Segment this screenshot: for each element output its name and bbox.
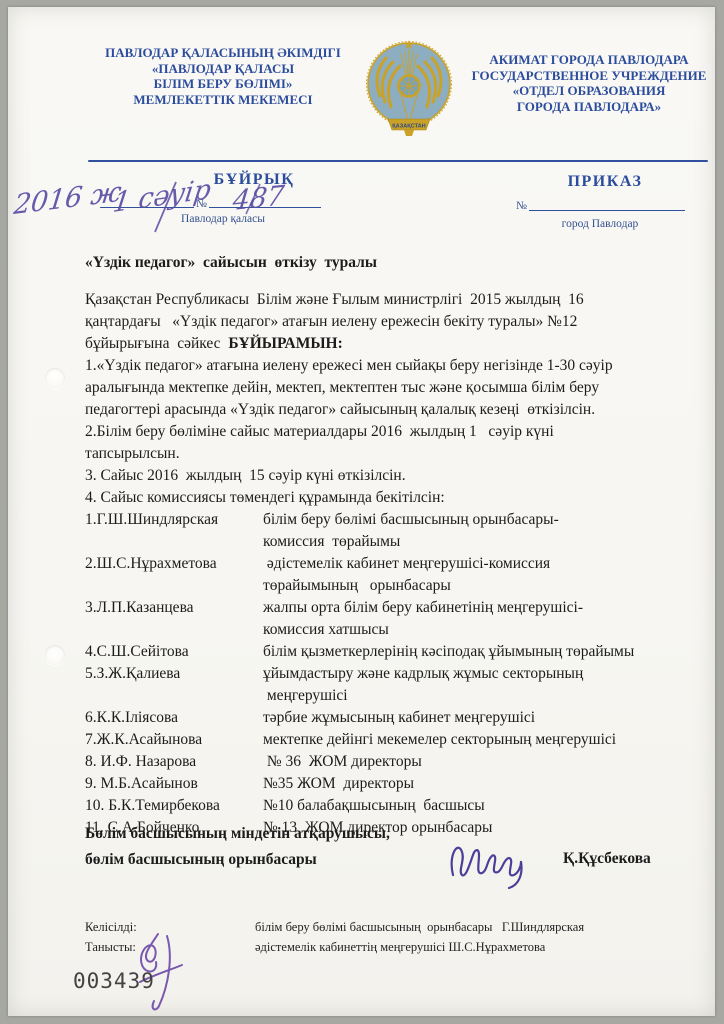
signature-handwriting (445, 833, 549, 895)
member-duty: № 36 ЖОМ директоры (263, 751, 422, 773)
commission-row: 3.Л.П.Казанцева жалпы орта білім беру ка… (85, 597, 651, 641)
member-name: 1.Г.Ш.Шиндлярская (85, 509, 263, 553)
body-line: Қазақстан Республикасы Білім және Ғылым … (85, 289, 651, 311)
member-duty-line: меңгерушісі (263, 685, 583, 707)
member-name: 5.З.Ж.Қалиева (85, 663, 263, 707)
body-line: бұйырығына сәйкес БҰЙЫРАМЫН: (85, 333, 651, 355)
commission-row: 8. И.Ф. Назарова № 36 ЖОМ директоры (85, 751, 651, 773)
member-duty-line: жалпы орта білім беру кабинетінің меңгер… (263, 597, 583, 619)
order-body: «Үздік педагог» сайысын өткізу туралы Қа… (85, 254, 651, 839)
member-duty-line: №35 ЖОМ директоры (263, 773, 414, 795)
org-line: БІЛІМ БЕРУ БӨЛІМІ» (75, 76, 371, 92)
member-duty-line: №10 балабақшысының басшысы (263, 795, 485, 817)
handwritten-date-and-number: 2016 ж 1 сәуір 487 (8, 170, 338, 240)
scanned-order-document: ПАВЛОДАР ҚАЛАСЫНЫҢ ӘКІМДІГІ «ПАВЛОДАР ҚА… (0, 0, 724, 1024)
place-label-ru: город Павлодар (520, 218, 680, 230)
order-title-ru: ПРИКАЗ (515, 173, 695, 191)
member-name: 7.Ж.К.Асайынова (85, 729, 263, 751)
member-duty: мектепке дейінгі мекемелер секторының ме… (263, 729, 616, 751)
signatory-title-line2: бөлім басшысының орынбасары (85, 851, 317, 869)
commission-row: 2.Ш.С.Нұрахметова әдістемелік кабинет ме… (85, 553, 651, 597)
member-duty-line: № 36 ЖОМ директоры (263, 751, 422, 773)
member-duty: тәрбие жұмысының кабинет меңгерушісі (263, 707, 535, 729)
commission-row: 10. Б.К.Темирбекова №10 балабақшысының б… (85, 795, 651, 817)
kazakhstan-coat-of-arms-icon: ҚАЗАҚСТАН (366, 32, 452, 139)
member-duty: әдістемелік кабинет меңгерушісі-комиссия… (263, 553, 550, 597)
member-duty: №10 балабақшысының басшысы (263, 795, 485, 817)
member-name: 9. М.Б.Асайынов (85, 773, 263, 795)
signatory-name: Қ.Құсбекова (563, 850, 651, 868)
member-duty-line: әдістемелік кабинет меңгерушісі-комиссия (263, 553, 550, 575)
member-name: 2.Ш.С.Нұрахметова (85, 553, 263, 597)
member-name: 8. И.Ф. Назарова (85, 751, 263, 773)
member-name: 10. Б.К.Темирбекова (85, 795, 263, 817)
order-item-line: 3. Сайыс 2016 жылдың 15 сәуір күні өткіз… (85, 465, 651, 487)
form-serial-number: 003439 (73, 969, 155, 993)
org-line: ГОСУДАРСТВЕННОЕ УЧРЕЖДЕНИЕ (458, 68, 720, 84)
org-line: «ПАВЛОДАР ҚАЛАСЫ (75, 61, 371, 77)
handwritten-year: 2016 ж (11, 177, 123, 222)
member-name: 6.К.К.Іліясова (85, 707, 263, 729)
order-item-line: аралығында мектепке дейін, мектеп, мекте… (85, 377, 651, 399)
order-number-label-ru: № (516, 200, 527, 212)
issuer-org-kk: ПАВЛОДАР ҚАЛАСЫНЫҢ ӘКІМДІГІ «ПАВЛОДАР ҚА… (75, 45, 371, 107)
commission-row: 9. М.Б.Асайынов №35 ЖОМ директоры (85, 773, 651, 795)
commission-row: 4.С.Ш.Сейітова білім қызметкерлерінің кә… (85, 641, 651, 663)
document-title: «Үздік педагог» сайысын өткізу туралы (85, 254, 651, 272)
member-duty: білім қызметкерлерінің кәсіподақ ұйымыны… (263, 641, 634, 663)
issuer-org-ru: АКИМАТ ГОРОДА ПАВЛОДАРА ГОСУДАРСТВЕННОЕ … (458, 52, 720, 114)
org-line: «ОТДЕЛ ОБРАЗОВАНИЯ (458, 83, 720, 99)
acknowledge-text: әдістемелік кабинеттің меңгерушісі Ш.С.Н… (255, 940, 545, 955)
member-duty: №35 ЖОМ директоры (263, 773, 414, 795)
number-blank-line-ru (529, 210, 685, 211)
org-line: ПАВЛОДАР ҚАЛАСЫНЫҢ ӘКІМДІГІ (75, 45, 371, 61)
member-duty-line: білім беру бөлімі басшысының орынбасары- (263, 509, 559, 531)
commission-row: 6.К.К.Іліясова тәрбие жұмысының кабинет … (85, 707, 651, 729)
org-line: ГОРОДА ПАВЛОДАРА» (458, 99, 720, 115)
svg-text:ҚАЗАҚСТАН: ҚАЗАҚСТАН (392, 124, 425, 130)
punch-hole (45, 368, 65, 388)
header-divider (88, 160, 708, 162)
member-duty: ұйымдастыру және кадрлық жұмыс секторыны… (263, 663, 583, 707)
member-duty-line: комиссия төрайымы (263, 531, 559, 553)
org-line: МЕМЛЕКЕТТІК МЕКЕМЕСІ (75, 92, 371, 108)
order-item-line: 4. Сайыс комиссиясы төмендегі құрамында … (85, 487, 651, 509)
org-line: АКИМАТ ГОРОДА ПАВЛОДАРА (458, 52, 720, 68)
order-item-line: педагогтері арасында «Үздік педагог» сай… (85, 399, 651, 421)
body-line-text: бұйырығына сәйкес (85, 335, 228, 352)
member-duty-line: мектепке дейінгі мекемелер секторының ме… (263, 729, 616, 751)
member-duty-line: комиссия хатшысы (263, 619, 583, 641)
handwritten-day: 1 сәуір (111, 173, 213, 219)
member-name: 3.Л.П.Казанцева (85, 597, 263, 641)
order-verb: БҰЙЫРАМЫН: (228, 335, 342, 352)
member-duty-line: білім қызметкерлерінің кәсіподақ ұйымыны… (263, 641, 634, 663)
order-item-line: 1.«Үздік педагог» атағына иелену ережесі… (85, 355, 651, 377)
order-item-line: тапсырылсын. (85, 443, 651, 465)
commission-row: 1.Г.Ш.Шиндлярская білім беру бөлімі басш… (85, 509, 651, 553)
commission-row: 7.Ж.К.Асайынова мектепке дейінгі мекемел… (85, 729, 651, 751)
member-duty-line: тәрбие жұмысының кабинет меңгерушісі (263, 707, 535, 729)
signatory-title-line1: Бөлім басшысының міндетін атқарушысы, (85, 825, 390, 843)
paper-sheet: ПАВЛОДАР ҚАЛАСЫНЫҢ ӘКІМДІГІ «ПАВЛОДАР ҚА… (8, 7, 715, 1016)
member-duty-line: ұйымдастыру және кадрлық жұмыс секторыны… (263, 663, 583, 685)
commission-row: 5.З.Ж.Қалиева ұйымдастыру және кадрлық ж… (85, 663, 651, 707)
member-duty: жалпы орта білім беру кабинетінің меңгер… (263, 597, 583, 641)
order-item-line: 2.Білім беру бөліміне сайыс материалдары… (85, 421, 651, 443)
member-duty: білім беру бөлімі басшысының орынбасары-… (263, 509, 559, 553)
punch-hole (45, 645, 65, 665)
approval-text: білім беру бөлімі басшысының орынбасары … (255, 920, 584, 935)
member-duty-line: төрайымының орынбасары (263, 575, 550, 597)
member-name: 4.С.Ш.Сейітова (85, 641, 263, 663)
body-line: қаңтардағы «Үздік педагог» атағын иелену… (85, 311, 651, 333)
